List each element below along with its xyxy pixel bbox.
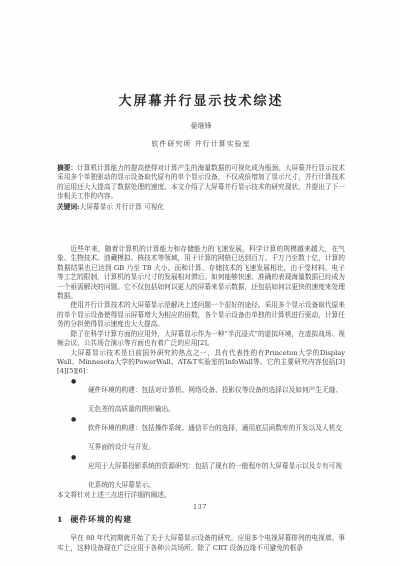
bullet-icon: ● <box>71 377 76 386</box>
abstract-paragraph: 摘要：计算机计算能力的提高使得对计算产生的海量数据的可视化成为瓶颈。大屏幕并行显… <box>57 164 345 202</box>
keywords-label: 关键词: <box>57 203 80 211</box>
document-page: 大屏幕并行显示技术综述 晏继锋 软件研究所 并行计算实验室 摘要：计算机计算能力… <box>0 0 400 566</box>
list-item: ● 软件环境的构建：包括操作系统、通信平台的选择，通用底层函数库的开发以及人机交… <box>57 415 345 453</box>
section-heading: 1硬件环境的构建 <box>57 514 345 525</box>
list-item-text: 软件环境的构建：包括操作系统、通信平台的选择，通用底层函数库的开发以及人机交互界… <box>88 424 342 451</box>
keywords-text: 大屏幕显示 并行计算 可视化 <box>80 203 165 211</box>
section-title: 硬件环境的构建 <box>70 515 132 524</box>
keywords-line: 关键词:大屏幕显示 并行计算 可视化 <box>57 203 345 212</box>
closing-sentence: 本文将针对上述三点进行详细的阐述。 <box>57 491 345 500</box>
abstract-text: 计算机计算能力的提高使得对计算产生的海量数据的可视化成为瓶颈。大屏幕并行显示技术… <box>57 164 345 200</box>
list-item-text: 硬件环境的构建：包括对计算机、网络设备、投影仪等设备的选择以及如何产生无缝、无色… <box>88 386 342 413</box>
list-item: ● 硬件环境的构建：包括对计算机、网络设备、投影仪等设备的选择以及如何产生无缝、… <box>57 377 345 415</box>
page-number: 137 <box>0 503 400 511</box>
section-number: 1 <box>57 515 63 524</box>
page-content: 大屏幕并行显示技术综述 晏继锋 软件研究所 并行计算实验室 摘要：计算机计算能力… <box>0 0 400 553</box>
paper-title: 大屏幕并行显示技术综述 <box>57 90 345 109</box>
abstract-label: 摘要： <box>57 164 77 172</box>
body-paragraph: 使用并行计算技术的大屏幕显示是解决上述问题一个很好的途径。采用多个显示设备取代原… <box>57 301 345 329</box>
list-item-text: 应用于大屏幕投影系统的资源研究：包括了现有的一般程序的大屏幕显示以及专有可视化系… <box>88 462 342 489</box>
bullet-icon: ● <box>71 415 76 424</box>
bullet-icon: ● <box>71 453 76 462</box>
body-paragraph: 除了在科学计算方面的应用外，大屏幕显示作为一种“半沉浸式”的虚拟环境，在虚拟战场… <box>57 330 345 349</box>
affiliation: 软件研究所 并行计算实验室 <box>57 139 345 149</box>
body-paragraph: 近些年来，随着计算机的计算能力和存储能力的飞速发展，科学计算的规模越来越大，在气… <box>57 245 345 301</box>
list-item: ● 应用于大屏幕投影系统的资源研究：包括了现有的一般程序的大屏幕显示以及专有可视… <box>57 453 345 491</box>
body-paragraph: 大屏幕显示技术是目前国外研究的热点之一，具有代表性的有Princeton大学的D… <box>57 349 345 377</box>
section-paragraph: 早在 80 年代初期就开始了关于大屏幕显示设备的研究，应用多个电视屏幕排列的电视… <box>57 534 345 553</box>
research-topics-list: ● 硬件环境的构建：包括对计算机、网络设备、投影仪等设备的选择以及如何产生无缝、… <box>57 377 345 491</box>
author-name: 晏继锋 <box>57 121 345 131</box>
